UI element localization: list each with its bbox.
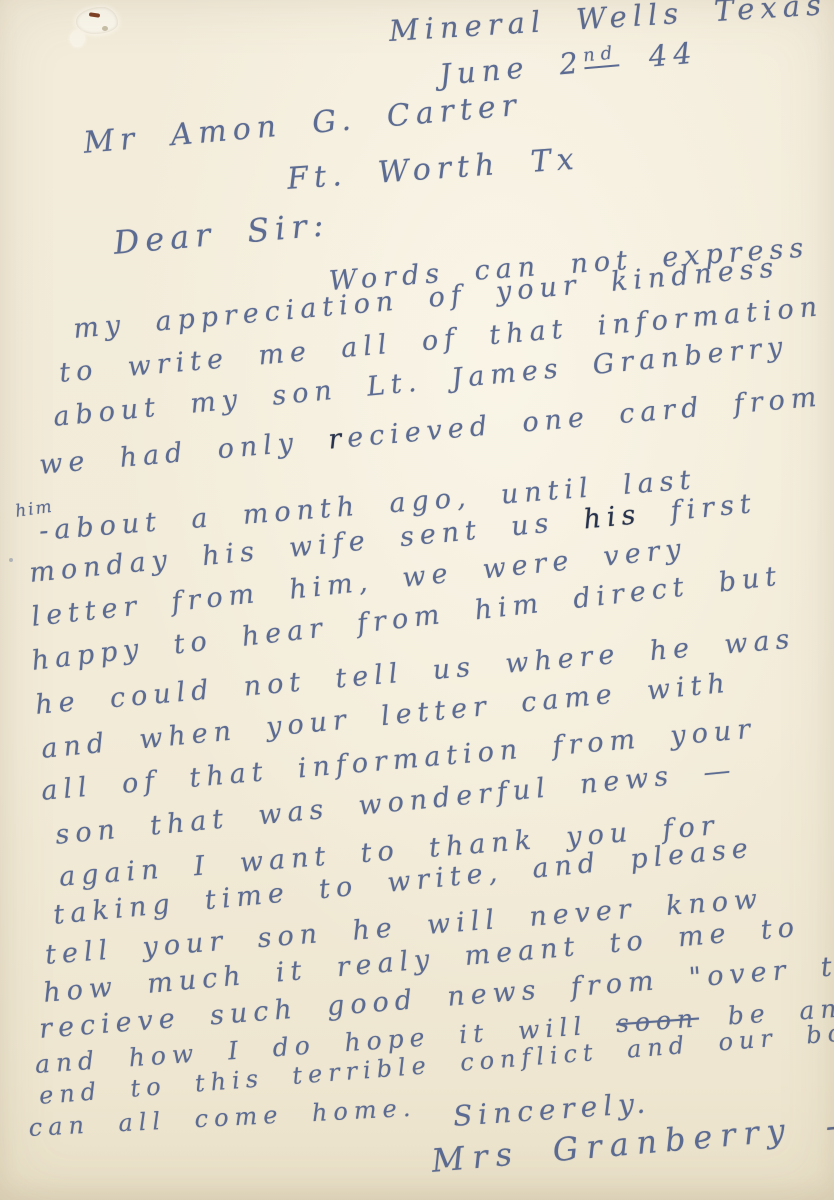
recipient-city: Ft. Worth Tx <box>286 142 581 197</box>
body-segment: we had only <box>38 425 330 481</box>
paper-stain-speck <box>102 26 108 31</box>
salutation: Dear Sir: <box>112 205 331 262</box>
date-year: 44 <box>647 35 699 73</box>
date-ordinal: nd <box>582 43 619 70</box>
paper-damage-blob <box>76 7 118 34</box>
paper-damage-blob <box>70 30 85 47</box>
overwritten-word: his <box>582 499 643 535</box>
heading-date: June 2nd 44 <box>438 35 699 91</box>
letter-page: Mineral Wells Texas June 2nd 44 Mr Amon … <box>0 0 834 1200</box>
heading-place: Mineral Wells Texas <box>388 0 828 48</box>
paper-stain-speck <box>9 558 13 562</box>
date-month: June <box>438 50 531 92</box>
paper-stain-speck <box>89 12 100 17</box>
date-day: 2 <box>558 45 585 81</box>
